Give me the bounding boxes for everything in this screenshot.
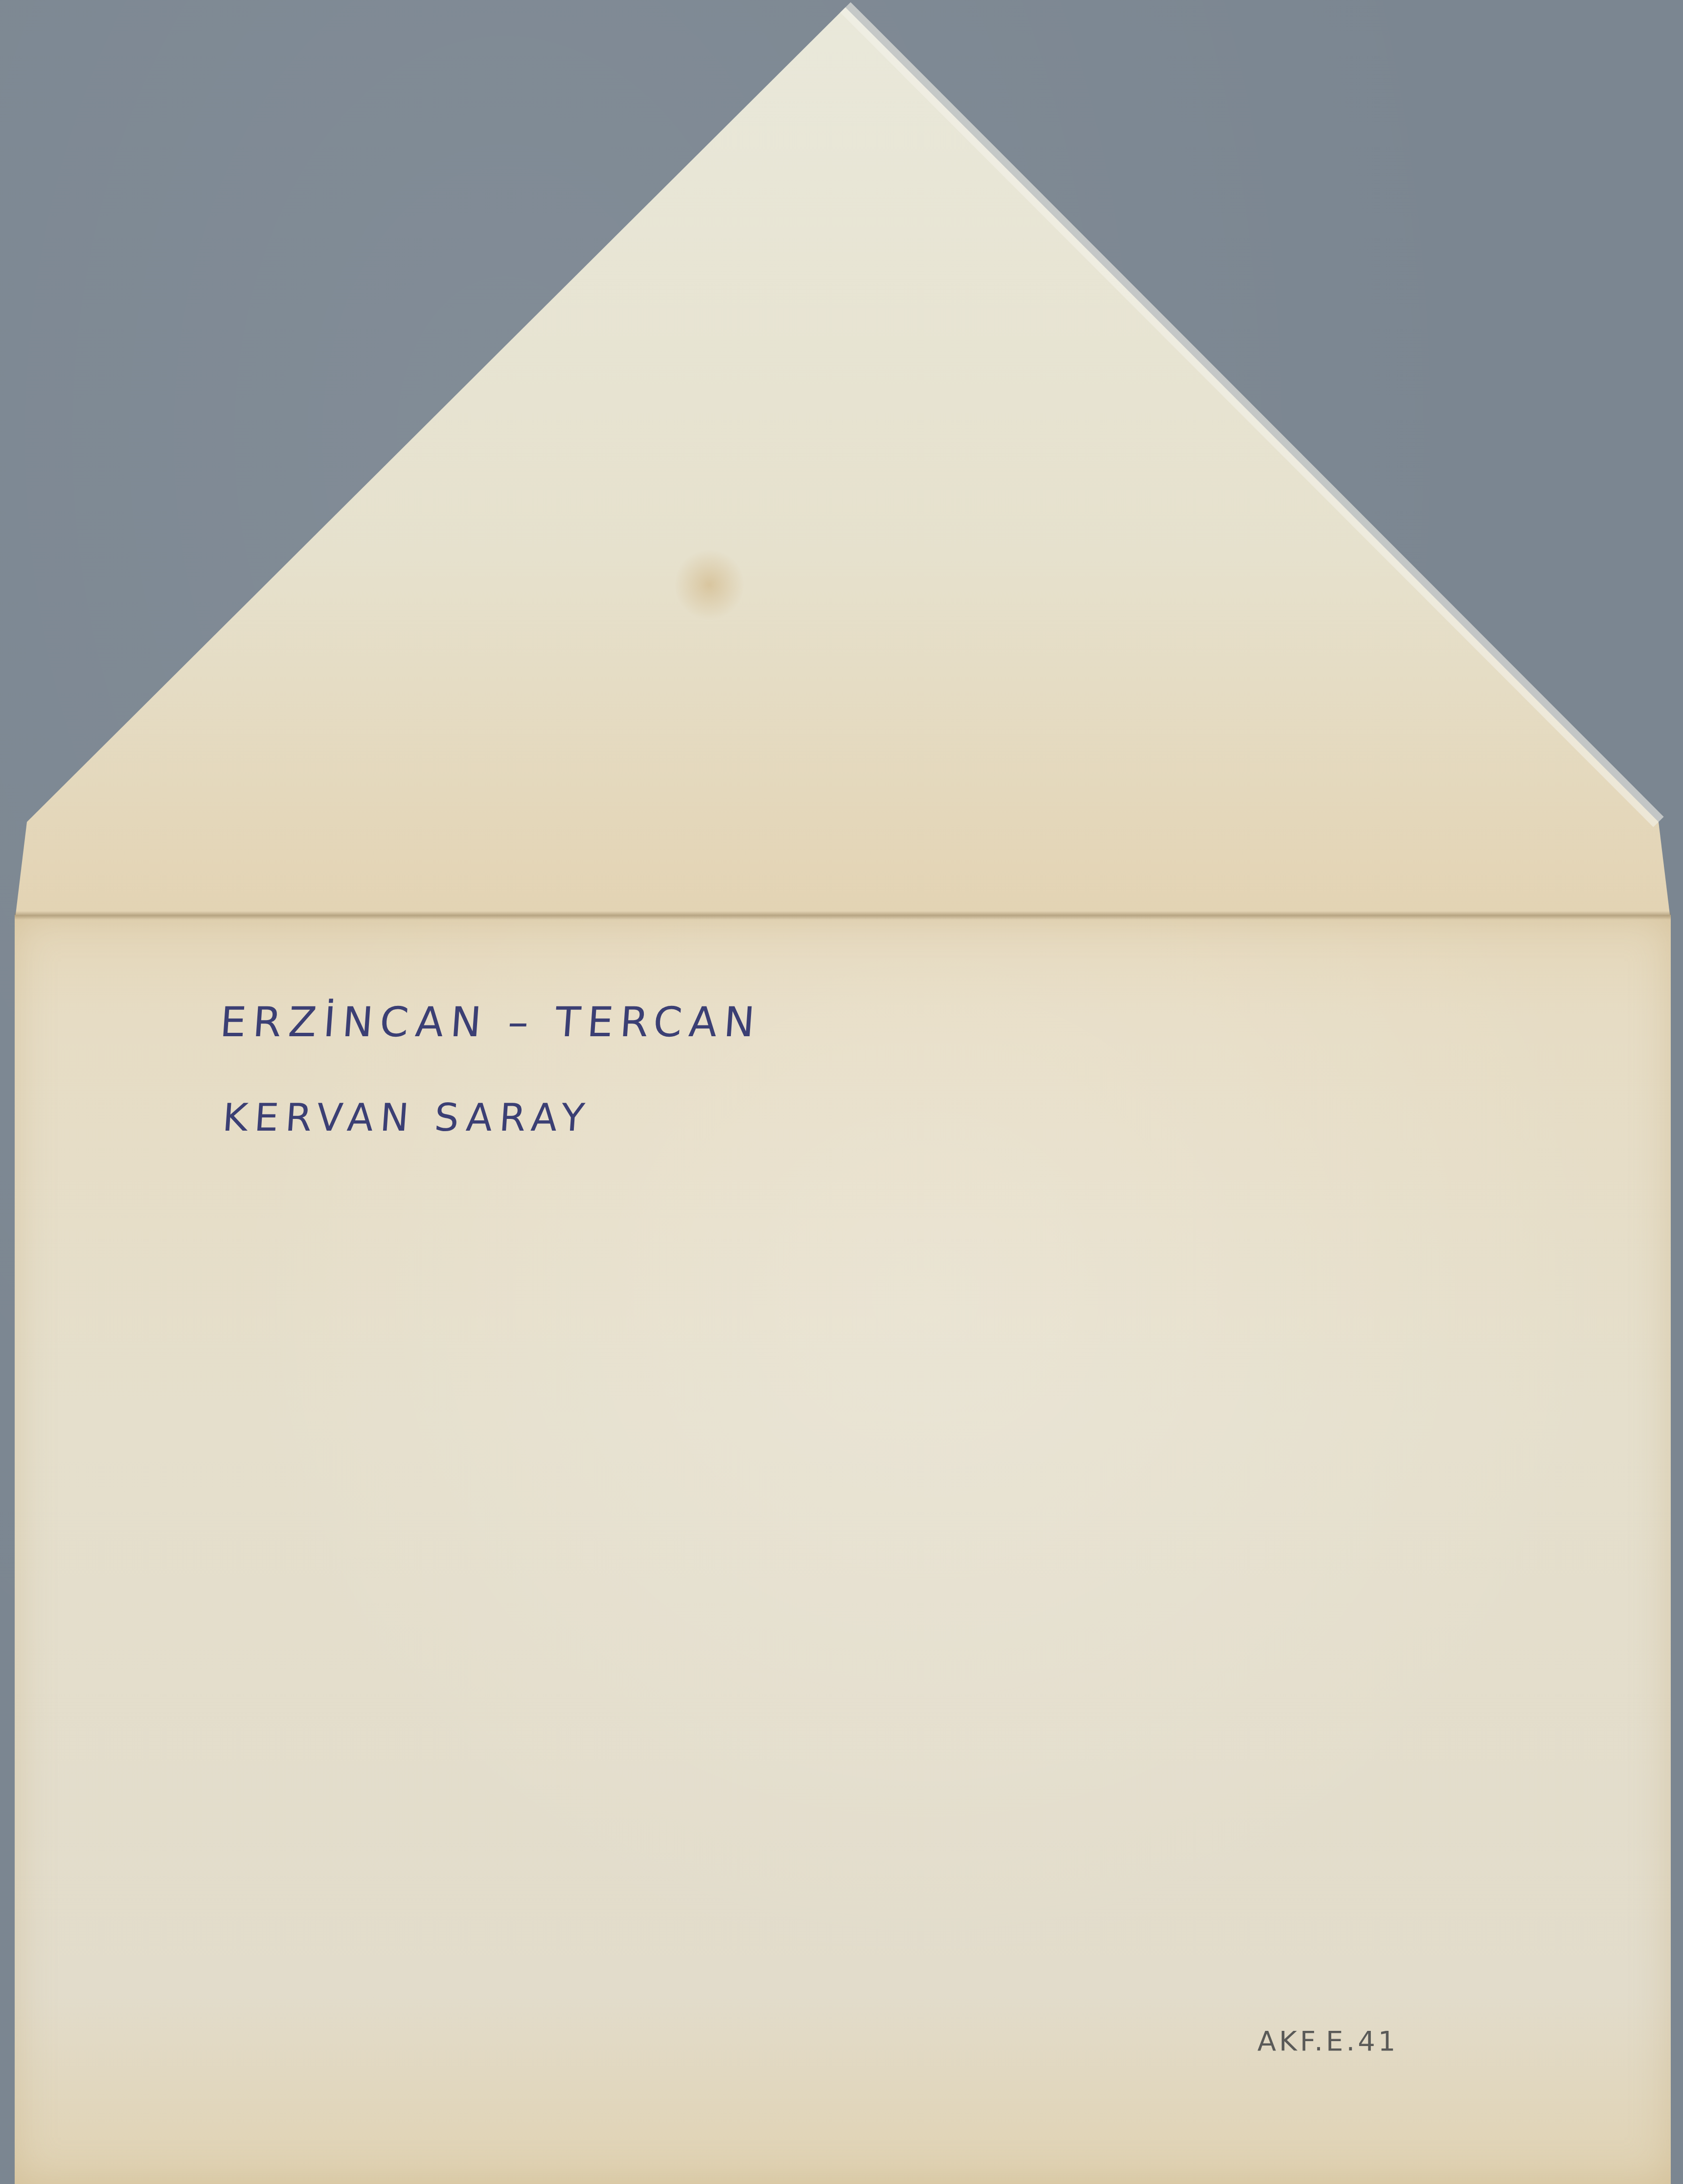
fold-crease (15, 911, 1671, 920)
handwritten-location: ERZİNCAN – TERCAN (219, 998, 763, 1046)
catalog-number: AKF.E.41 (1257, 2025, 1399, 2057)
envelope: ERZİNCAN – TERCAN KERVAN SARAY AKF.E.41 (0, 0, 1683, 2184)
paper-stain (675, 548, 744, 621)
handwritten-subject: KERVAN SARAY (221, 1096, 593, 1140)
envelope-flap (0, 0, 1683, 930)
